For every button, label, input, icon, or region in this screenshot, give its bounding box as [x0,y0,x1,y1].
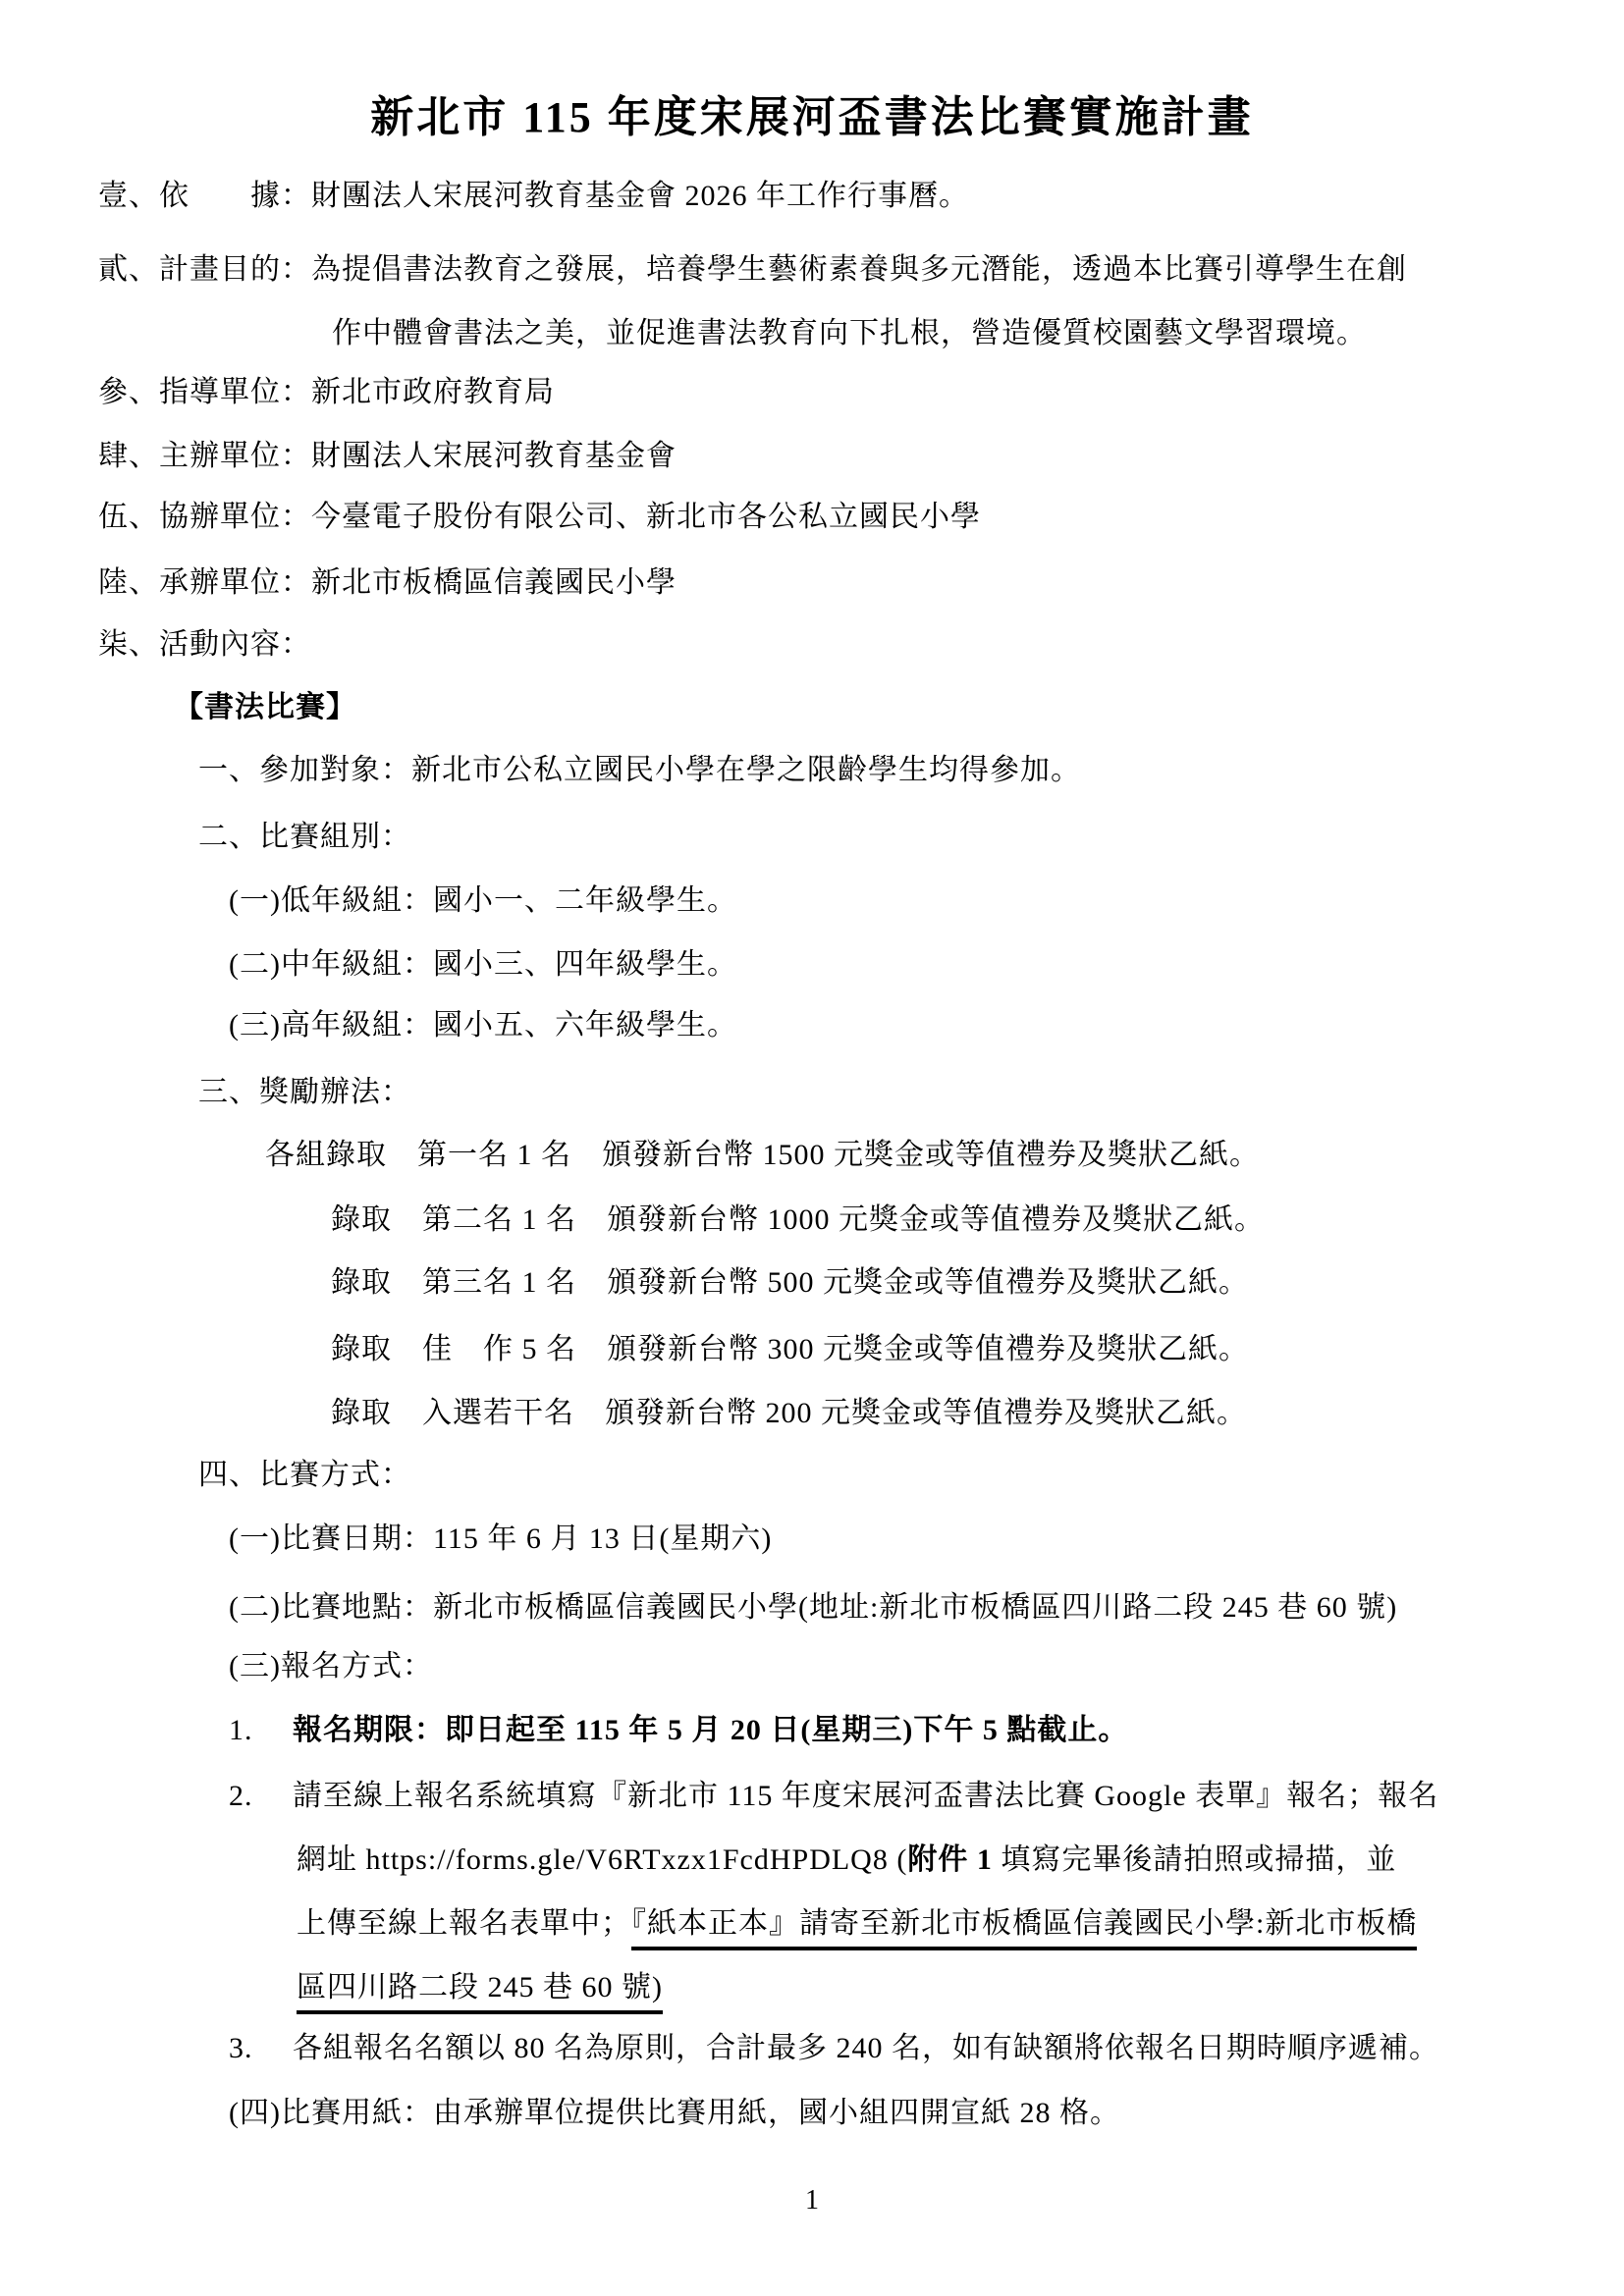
paper-original-notice-2: 區四川路二段 245 巷 60 號) [297,1971,663,2014]
paper-original-notice-1: 『紙本正本』請寄至新北市板橋區信義國民小學:新北市板橋 [631,1907,1417,1950]
line-contest-date: (一)比賽日期：115 年 6 月 13 日(星期六) [229,1517,772,1562]
line-awards-header: 三、獎勵辦法： [198,1070,411,1115]
line-purpose-1: 貳、計畫目的：為提倡書法教育之發展，培養學生藝術素養與多元潛能，透過本比賽引導學… [98,247,1407,293]
line-co-organizer: 伍、協辦單位：今臺電子股份有限公司、新北市各公私立國民小學 [98,495,981,540]
line-reg-deadline: 1.報名期限：即日起至 115 年 5 月 20 日(星期三)下午 5 點截止。 [229,1708,1128,1753]
line-award-third: 錄取 第三名 1 名 頒發新台幣 500 元獎金或等值禮券及獎狀乙紙。 [331,1260,1249,1306]
line-contest-paper: (四)比賽用紙：由承辦單位提供比賽用紙，國小組四開宣紙 28 格。 [229,2091,1120,2136]
line-reg-online-4: 區四川路二段 245 巷 60 號) [297,1965,663,2010]
reg-online-text-3: 上傳至線上報名表單中； [297,1907,631,1940]
attachment-1-label: 附件 1 [907,1843,993,1876]
line-group-mid: (二)中年級組：國小三、四年級學生。 [229,942,737,988]
line-activity: 柒、活動內容： [98,622,311,667]
reg-online-text-2: 填寫完畢後請拍照或掃描，並 [993,1843,1397,1876]
line-basis: 壹、依 據：財團法人宋展河教育基金會 2026 年工作行事曆。 [98,174,969,219]
page-number: 1 [0,2181,1624,2220]
line-group-high: (三)高年級組：國小五、六年級學生。 [229,1003,737,1048]
reg-online-text-1: 請至線上報名系統填寫『新北市 115 年度宋展河盃書法比賽 Google 表單』… [293,1780,1438,1812]
line-reg-online-3: 上傳至線上報名表單中；『紙本正本』請寄至新北市板橋區信義國民小學:新北市板橋 [297,1901,1417,1947]
list-marker-1: 1. [229,1708,293,1753]
line-reg-online-1: 2.請至線上報名系統填寫『新北市 115 年度宋展河盃書法比賽 Google 表… [229,1774,1438,1819]
line-group-low: (一)低年級組：國小一、二年級學生。 [229,879,737,924]
line-registration-header: (三)報名方式： [229,1644,433,1689]
document-page: 新北市 115 年度宋展河盃書法比賽實施計畫 壹、依 據：財團法人宋展河教育基金… [0,0,1624,2296]
line-participants: 一、參加對象：新北市公私立國民小學在學之限齡學生均得參加。 [198,748,1081,793]
line-award-second: 錄取 第二名 1 名 頒發新台幣 1000 元獎金或等值禮券及獎狀乙紙。 [331,1198,1265,1243]
line-reg-quota: 3.各組報名名額以 80 名為原則，合計最多 240 名，如有缺額將依報名日期時… [229,2026,1439,2071]
line-award-merit: 錄取 佳 作 5 名 頒發新台幣 300 元獎金或等值禮券及獎狀乙紙。 [331,1327,1249,1372]
list-marker-2: 2. [229,1774,293,1819]
line-undertaker: 陸、承辦單位：新北市板橋區信義國民小學 [98,561,677,606]
line-groups-header: 二、比賽組別： [198,815,411,860]
reg-url-text: 網址 https://forms.gle/V6RTxzx1FcdHPDLQ8 ( [297,1843,907,1876]
list-marker-3: 3. [229,2026,293,2071]
line-format-header: 四、比賽方式： [198,1453,411,1498]
contest-section-header: 【書法比賽】 [174,685,356,730]
reg-deadline-text: 報名期限：即日起至 115 年 5 月 20 日(星期三)下午 5 點截止。 [293,1714,1128,1746]
line-purpose-2: 作中體會書法之美，並促進書法教育向下扎根，營造優質校園藝文學習環境。 [332,311,1367,356]
page-title: 新北市 115 年度宋展河盃書法比賽實施計畫 [0,86,1624,149]
reg-quota-text: 各組報名名額以 80 名為原則，合計最多 240 名，如有缺額將依報名日期時順序… [293,2032,1439,2064]
line-award-selected: 錄取 入選若干名 頒發新台幣 200 元獎金或等值禮券及獎狀乙紙。 [331,1391,1247,1436]
line-reg-online-2: 網址 https://forms.gle/V6RTxzx1FcdHPDLQ8 (… [297,1838,1396,1883]
line-award-first: 各組錄取 第一名 1 名 頒發新台幣 1500 元獎金或等值禮券及獎狀乙紙。 [265,1133,1260,1178]
line-contest-location: (二)比賽地點：新北市板橋區信義國民小學(地址:新北市板橋區四川路二段 245 … [229,1585,1397,1630]
line-organizer: 肆、主辦單位：財團法人宋展河教育基金會 [98,434,677,479]
line-advisor: 參、指導單位：新北市政府教育局 [98,370,555,415]
